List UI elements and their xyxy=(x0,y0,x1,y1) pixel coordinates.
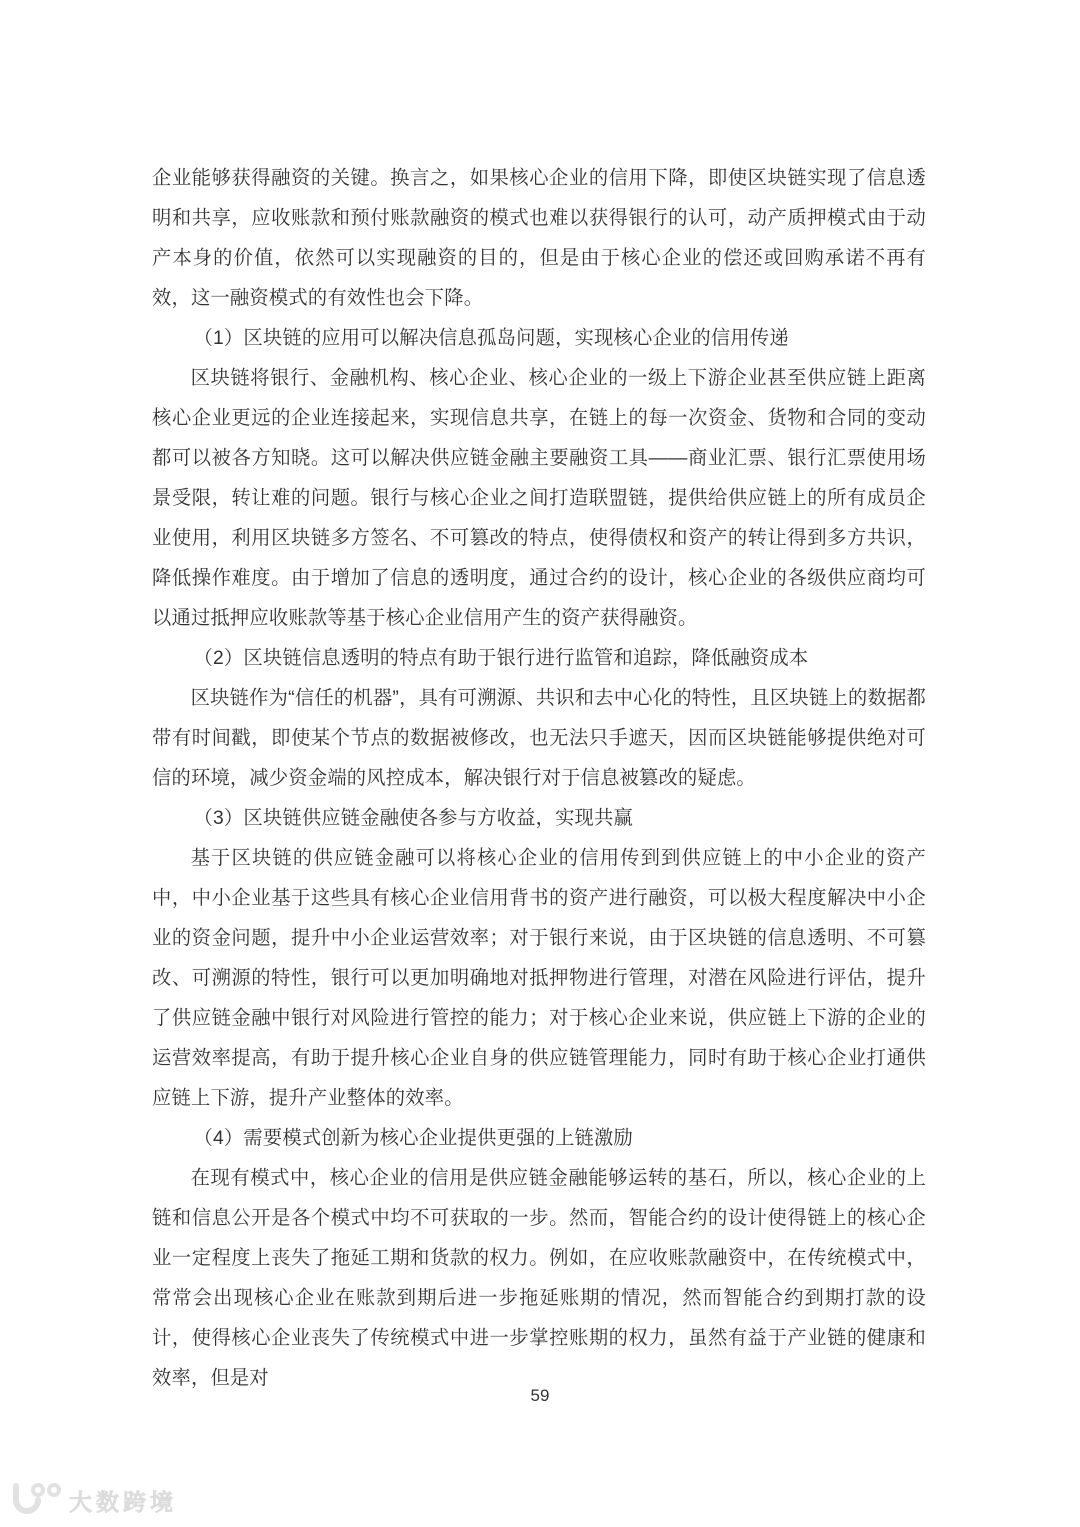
document-page: 企业能够获得融资的关键。换言之，如果核心企业的信用下降，即使区块链实现了信息透明… xyxy=(0,0,1080,1527)
paragraph: 基于区块链的供应链金融可以将核心企业的信用传到到供应链上的中小企业的资产中，中小… xyxy=(152,839,926,1119)
paragraph: 区块链将银行、金融机构、核心企业、核心企业的一级上下游企业甚至供应链上距离核心企… xyxy=(152,359,926,639)
section-heading: （3）区块链供应链金融使各参与方收益，实现共赢 xyxy=(152,799,926,839)
paragraph: 区块链作为“信任的机器”，具有可溯源、共识和去中心化的特性，且区块链上的数据都带… xyxy=(152,679,926,799)
section-heading: （4）需要模式创新为核心企业提供更强的上链激励 xyxy=(152,1119,926,1159)
section-heading: （2）区块链信息透明的特点有助于银行进行监管和追踪，降低融资成本 xyxy=(152,639,926,679)
watermark-logo-icon xyxy=(8,1483,62,1517)
section-heading: （1）区块链的应用可以解决信息孤岛问题，实现核心企业的信用传递 xyxy=(152,319,926,359)
page-number: 59 xyxy=(0,1384,1080,1408)
paragraph: 企业能够获得融资的关键。换言之，如果核心企业的信用下降，即使区块链实现了信息透明… xyxy=(152,159,926,319)
document-body: 企业能够获得融资的关键。换言之，如果核心企业的信用下降，即使区块链实现了信息透明… xyxy=(152,159,926,1399)
paragraph: 在现有模式中，核心企业的信用是供应链金融能够运转的基石，所以，核心企业的上链和信… xyxy=(152,1159,926,1399)
watermark: 大数跨境 xyxy=(8,1482,177,1518)
watermark-text: 大数跨境 xyxy=(69,1484,177,1517)
